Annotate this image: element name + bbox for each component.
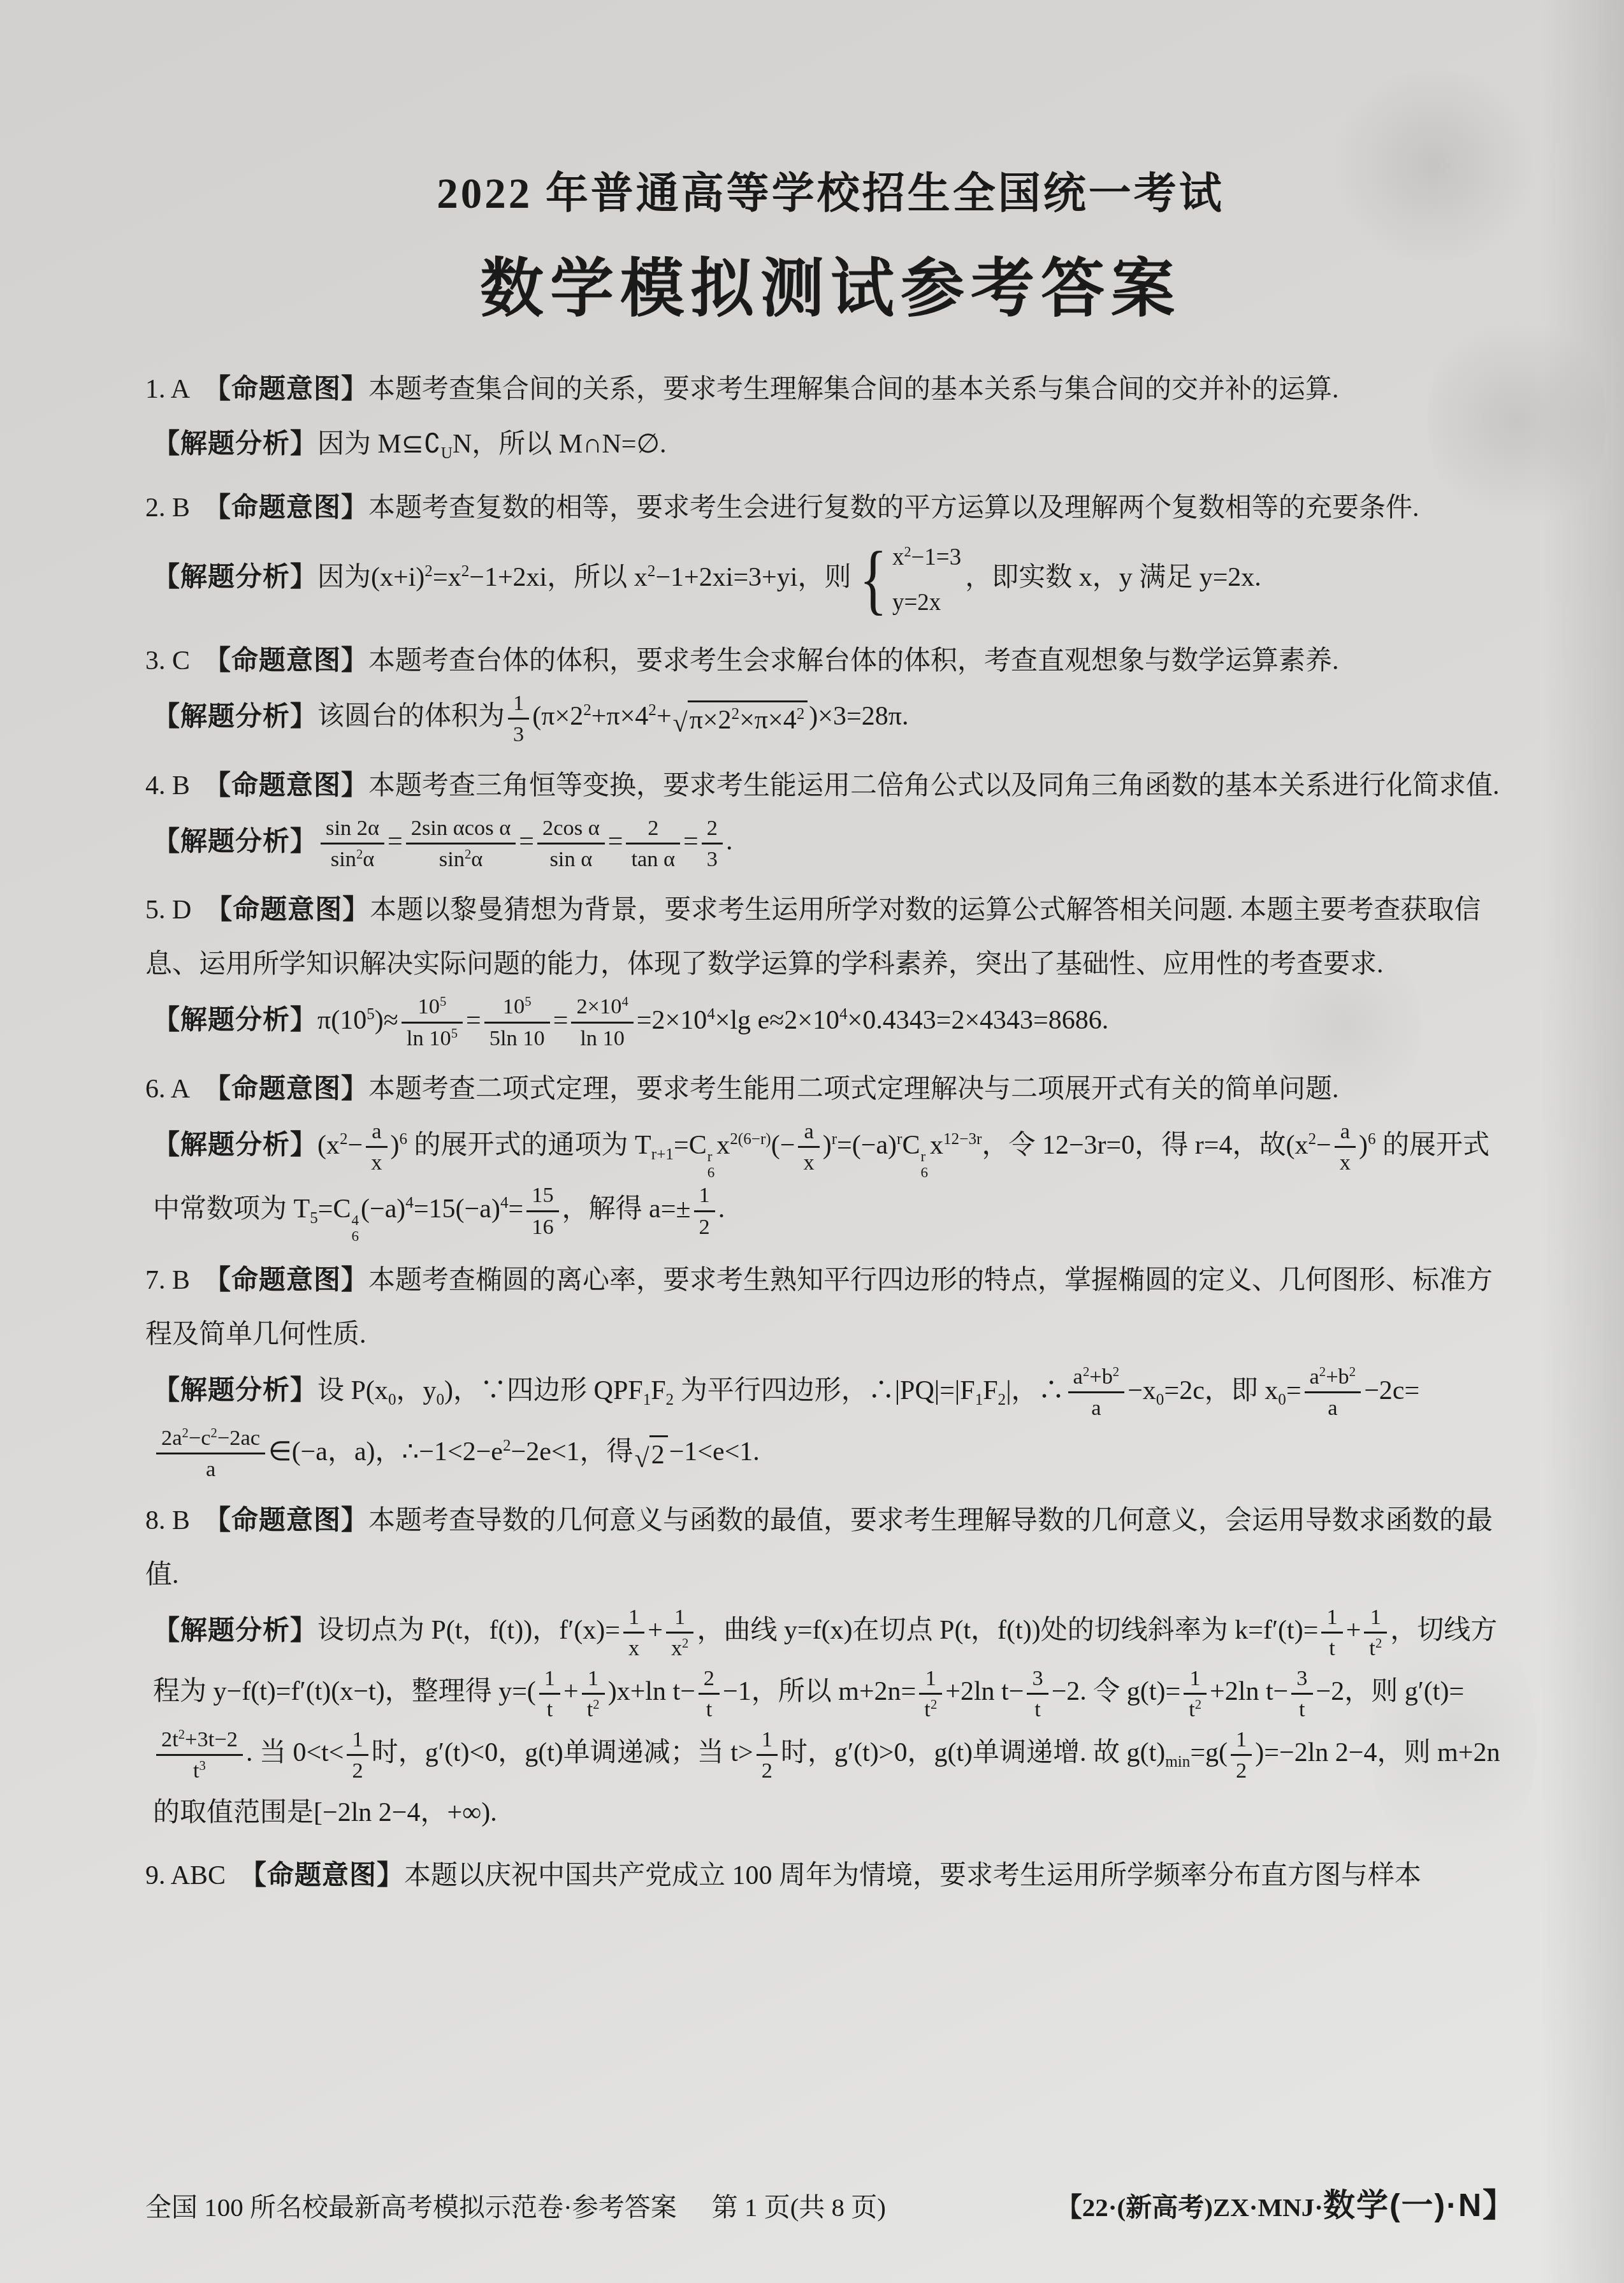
item-number-answer: 7. B	[145, 1266, 190, 1295]
item-intent-line: 1. A【命题意图】本题考查集合间的关系，要求考生理解集合间的基本关系与集合间的…	[145, 362, 1516, 417]
footer-doc-title: 全国 100 所名校最新高考模拟示范卷·参考答案	[145, 2192, 677, 2222]
intent-label: 【命题意图】	[204, 1073, 368, 1103]
analysis-text: 该圆台的体积为13(π×22+π×42+√π×22×π×42)×3=28π.	[317, 702, 908, 731]
analysis-text: 设 P(x0，y0)，∵四边形 QPF1F2 为平行四边形，∴|PQ|=|F1F…	[153, 1376, 1419, 1467]
item-analysis-line: 【解题分析】(x2−ax)6 的展开式的通项为 Tr+1=Cr6x2(6−r)(…	[153, 1117, 1516, 1244]
intent-label: 【命题意图】	[204, 373, 368, 403]
item-analysis-line: 【解题分析】sin 2αsin2α=2sin αcos αsin2α=2cos …	[153, 813, 1516, 874]
answer-item: 8. B【命题意图】本题考查导数的几何意义与函数的最值，要求考生理解导数的几何意…	[145, 1493, 1516, 1839]
analysis-text: 因为 M⊆∁UN，所以 M∩N=∅.	[317, 430, 667, 459]
answer-item: 9. ABC【命题意图】本题以庆祝中国共产党成立 100 周年为情境，要求考生运…	[145, 1848, 1516, 1903]
answer-items: 1. A【命题意图】本题考查集合间的关系，要求考生理解集合间的基本关系与集合间的…	[145, 362, 1516, 1912]
item-number-answer: 3. C	[145, 646, 190, 676]
analysis-label: 【解题分析】	[153, 1129, 317, 1159]
footer-code-subject: 数学(一)·N】	[1323, 2187, 1516, 2223]
analysis-label: 【解题分析】	[153, 562, 317, 591]
scanned-exam-page: { "page": { "title_line1": "2022 年普通高等学校…	[0, 0, 1624, 2283]
item-analysis-line: 【解题分析】设 P(x0，y0)，∵四边形 QPF1F2 为平行四边形，∴|PQ…	[153, 1362, 1516, 1484]
intent-label: 【命题意图】	[204, 1265, 368, 1294]
exam-answer-sheet: 2022 年普通高等学校招生全国统一考试 数学模拟测试参考答案 1. A【命题意…	[0, 0, 1624, 2283]
intent-label: 【命题意图】	[240, 1860, 404, 1890]
analysis-label: 【解题分析】	[153, 1004, 317, 1034]
analysis-label: 【解题分析】	[153, 825, 317, 855]
item-number-answer: 9. ABC	[145, 1861, 226, 1890]
analysis-text: (x2−ax)6 的展开式的通项为 Tr+1=Cr6x2(6−r)(−ax)r=…	[153, 1131, 1490, 1224]
analysis-text: 设切点为 P(t，f(t))，f′(x)=1x+1x2，曲线 y=f(x)在切点…	[153, 1616, 1500, 1827]
item-intent-line: 6. A【命题意图】本题考查二项式定理，要求考生能用二项式定理解决与二项展开式有…	[145, 1062, 1516, 1117]
answer-item: 6. A【命题意图】本题考查二项式定理，要求考生能用二项式定理解决与二项展开式有…	[145, 1062, 1516, 1244]
answer-key-title: 数学模拟测试参考答案	[145, 237, 1516, 329]
intent-label: 【命题意图】	[204, 645, 368, 675]
item-number-answer: 1. A	[145, 375, 190, 404]
answer-item: 2. B【命题意图】本题考查复数的相等，要求考生会进行复数的平方运算以及理解两个…	[145, 481, 1516, 625]
analysis-label: 【解题分析】	[153, 428, 317, 458]
item-number-answer: 2. B	[145, 493, 190, 523]
analysis-text: sin 2αsin2α=2sin αcos αsin2α=2cos αsin α…	[317, 827, 733, 856]
item-intent-line: 8. B【命题意图】本题考查导数的几何意义与函数的最值，要求考生理解导数的几何意…	[145, 1493, 1516, 1602]
intent-text: 本题考查复数的相等，要求考生会进行复数的平方运算以及理解两个复数相等的充要条件.	[368, 493, 1419, 523]
intent-text: 本题考查台体的体积，要求考生会求解台体的体积，考查直观想象与数学运算素养.	[368, 646, 1339, 676]
intent-text: 本题考查集合间的关系，要求考生理解集合间的基本关系与集合间的交并补的运算.	[368, 375, 1339, 404]
page-footer: 全国 100 所名校最新高考模拟示范卷·参考答案第 1 页(共 8 页) 【22…	[145, 2180, 1516, 2226]
item-intent-line: 7. B【命题意图】本题考查椭圆的离心率，要求考生熟知平行四边形的特点，掌握椭圆…	[145, 1253, 1516, 1362]
answer-item: 1. A【命题意图】本题考查集合间的关系，要求考生理解集合间的基本关系与集合间的…	[145, 362, 1516, 472]
answer-item: 4. B【命题意图】本题考查三角恒等变换，要求考生能运用二倍角公式以及同角三角函…	[145, 758, 1516, 874]
item-analysis-line: 【解题分析】设切点为 P(t，f(t))，f′(x)=1x+1x2，曲线 y=f…	[153, 1602, 1516, 1840]
analysis-label: 【解题分析】	[153, 1375, 317, 1405]
intent-label: 【命题意图】	[204, 770, 368, 800]
item-analysis-line: 【解题分析】因为(x+i)2=x2−1+2xi，所以 x2−1+2xi=3+yi…	[153, 535, 1516, 624]
item-intent-line: 9. ABC【命题意图】本题以庆祝中国共产党成立 100 周年为情境，要求考生运…	[145, 1848, 1516, 1903]
intent-text: 本题考查三角恒等变换，要求考生能运用二倍角公式以及同角三角函数的基本关系进行化简…	[368, 771, 1500, 801]
intent-text: 本题以庆祝中国共产党成立 100 周年为情境，要求考生运用所学频率分布直方图与样…	[404, 1861, 1421, 1890]
item-analysis-line: 【解题分析】π(105)≈105ln 105=1055ln 10=2×104ln…	[153, 992, 1516, 1053]
answer-item: 7. B【命题意图】本题考查椭圆的离心率，要求考生熟知平行四边形的特点，掌握椭圆…	[145, 1253, 1516, 1484]
item-number-answer: 5. D	[145, 895, 191, 925]
item-intent-line: 4. B【命题意图】本题考查三角恒等变换，要求考生能运用二倍角公式以及同角三角函…	[145, 758, 1516, 813]
intent-label: 【命题意图】	[204, 492, 368, 522]
footer-code: 【22·(新高考)ZX·MNJ·数学(一)·N】	[1056, 2180, 1516, 2226]
exam-title: 2022 年普通高等学校招生全国统一考试	[145, 159, 1516, 221]
analysis-label: 【解题分析】	[153, 700, 317, 730]
footer-code-prefix: 【22·(新高考)ZX·MNJ·	[1056, 2192, 1323, 2222]
intent-label: 【命题意图】	[205, 894, 370, 924]
item-intent-line: 2. B【命题意图】本题考查复数的相等，要求考生会进行复数的平方运算以及理解两个…	[145, 481, 1516, 535]
footer-left: 全国 100 所名校最新高考模拟示范卷·参考答案第 1 页(共 8 页)	[145, 2186, 886, 2224]
intent-text: 本题考查二项式定理，要求考生能用二项式定理解决与二项展开式有关的简单问题.	[368, 1075, 1339, 1104]
analysis-text: π(105)≈105ln 105=1055ln 10=2×104ln 10=2×…	[317, 1006, 1108, 1035]
footer-page-number: 第 1 页(共 8 页)	[712, 2192, 886, 2222]
analysis-label: 【解题分析】	[153, 1614, 317, 1644]
item-number-answer: 4. B	[145, 771, 190, 801]
item-intent-line: 5. D【命题意图】本题以黎曼猜想为背景，要求考生运用所学对数的运算公式解答相关…	[145, 883, 1516, 992]
item-number-answer: 6. A	[145, 1075, 190, 1104]
item-number-answer: 8. B	[145, 1506, 190, 1535]
item-analysis-line: 【解题分析】因为 M⊆∁UN，所以 M∩N=∅.	[153, 417, 1516, 472]
answer-item: 3. C【命题意图】本题考查台体的体积，要求考生会求解台体的体积，考查直观想象与…	[145, 634, 1516, 750]
item-intent-line: 3. C【命题意图】本题考查台体的体积，要求考生会求解台体的体积，考查直观想象与…	[145, 634, 1516, 688]
analysis-text: 因为(x+i)2=x2−1+2xi，所以 x2−1+2xi=3+yi，则{x2−…	[317, 563, 1261, 592]
item-analysis-line: 【解题分析】该圆台的体积为13(π×22+π×42+√π×22×π×42)×3=…	[153, 688, 1516, 750]
answer-item: 5. D【命题意图】本题以黎曼猜想为背景，要求考生运用所学对数的运算公式解答相关…	[145, 883, 1516, 1053]
intent-label: 【命题意图】	[204, 1505, 368, 1535]
